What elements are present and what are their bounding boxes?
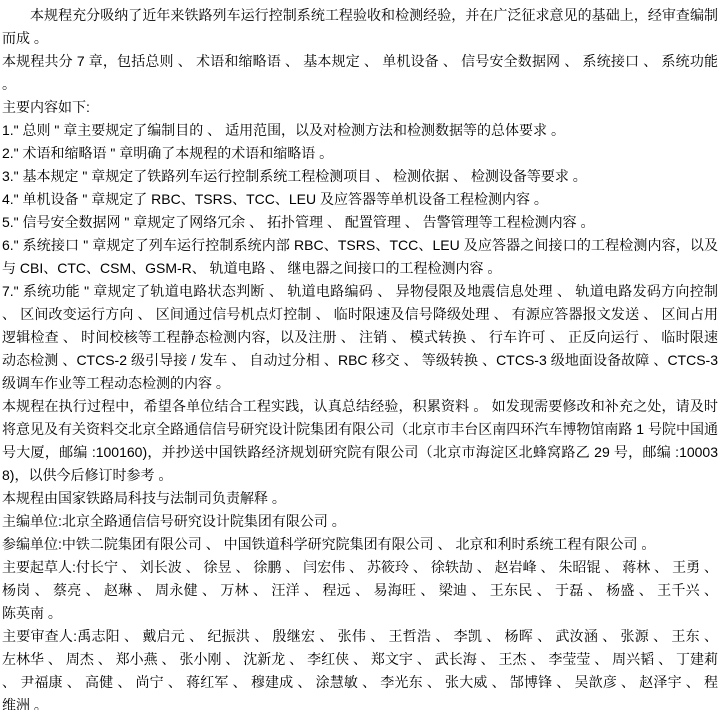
feedback-paragraph: 本规程在执行过程中，希望各单位结合工程实践，认真总结经验，积累资料 。 如发现需… bbox=[2, 395, 718, 487]
chapter-item-5: 5." 信号安全数据网 " 章规定了网络冗余 、 拓扑管理 、 配置管理 、 告… bbox=[2, 211, 718, 234]
drafters-line: 主要起草人:付长宁 、 刘长波 、 徐昱 、 徐鹏 、 闫宏伟 、 苏筱玲 、 … bbox=[2, 556, 718, 625]
chapter-item-7: 7." 系统功能 " 章规定了轨道电路状态判断 、 轨道电路编码 、 异物侵限及… bbox=[2, 280, 718, 395]
document-page: 本规程充分吸纳了近年来铁路列车运行控制系统工程验收和检测经验，并在广泛征求意见的… bbox=[0, 0, 719, 710]
chapter-item-3: 3." 基本规定 " 章规定了铁路列车运行控制系统工程检测项目 、 检测依据 、… bbox=[2, 165, 718, 188]
chapters-overview-paragraph: 本规程共分 7 章，包括总则 、 术语和缩略语 、 基本规定 、 单机设备 、 … bbox=[2, 50, 718, 96]
chapter-item-4: 4." 单机设备 " 章规定了 RBC、TSRS、TCC、LEU 及应答器等单机… bbox=[2, 188, 718, 211]
chief-editor-line: 主编单位:北京全路通信信号研究设计院集团有限公司 。 bbox=[2, 510, 718, 533]
co-editors-line: 参编单位:中铁二院集团有限公司 、 中国铁道科学研究院集团有限公司 、 北京和利… bbox=[2, 533, 718, 556]
chapter-item-6: 6." 系统接口 " 章规定了列车运行控制系统内部 RBC、TSRS、TCC、L… bbox=[2, 234, 718, 280]
chapter-item-1: 1." 总则 " 章主要规定了编制目的 、 适用范围，以及对检测方法和检测数据等… bbox=[2, 119, 718, 142]
intro-paragraph: 本规程充分吸纳了近年来铁路列车运行控制系统工程验收和检测经验，并在广泛征求意见的… bbox=[2, 4, 718, 50]
chapter-item-2: 2." 术语和缩略语 " 章明确了本规程的术语和缩略语 。 bbox=[2, 142, 718, 165]
reviewers-line: 主要审查人:禹志阳 、 戴启元 、 纪振洪 、 殷继宏 、 张伟 、 王哲浩 、… bbox=[2, 625, 718, 710]
interpretation-paragraph: 本规程由国家铁路局科技与法制司负责解释 。 bbox=[2, 487, 718, 510]
contents-heading: 主要内容如下: bbox=[2, 96, 718, 119]
